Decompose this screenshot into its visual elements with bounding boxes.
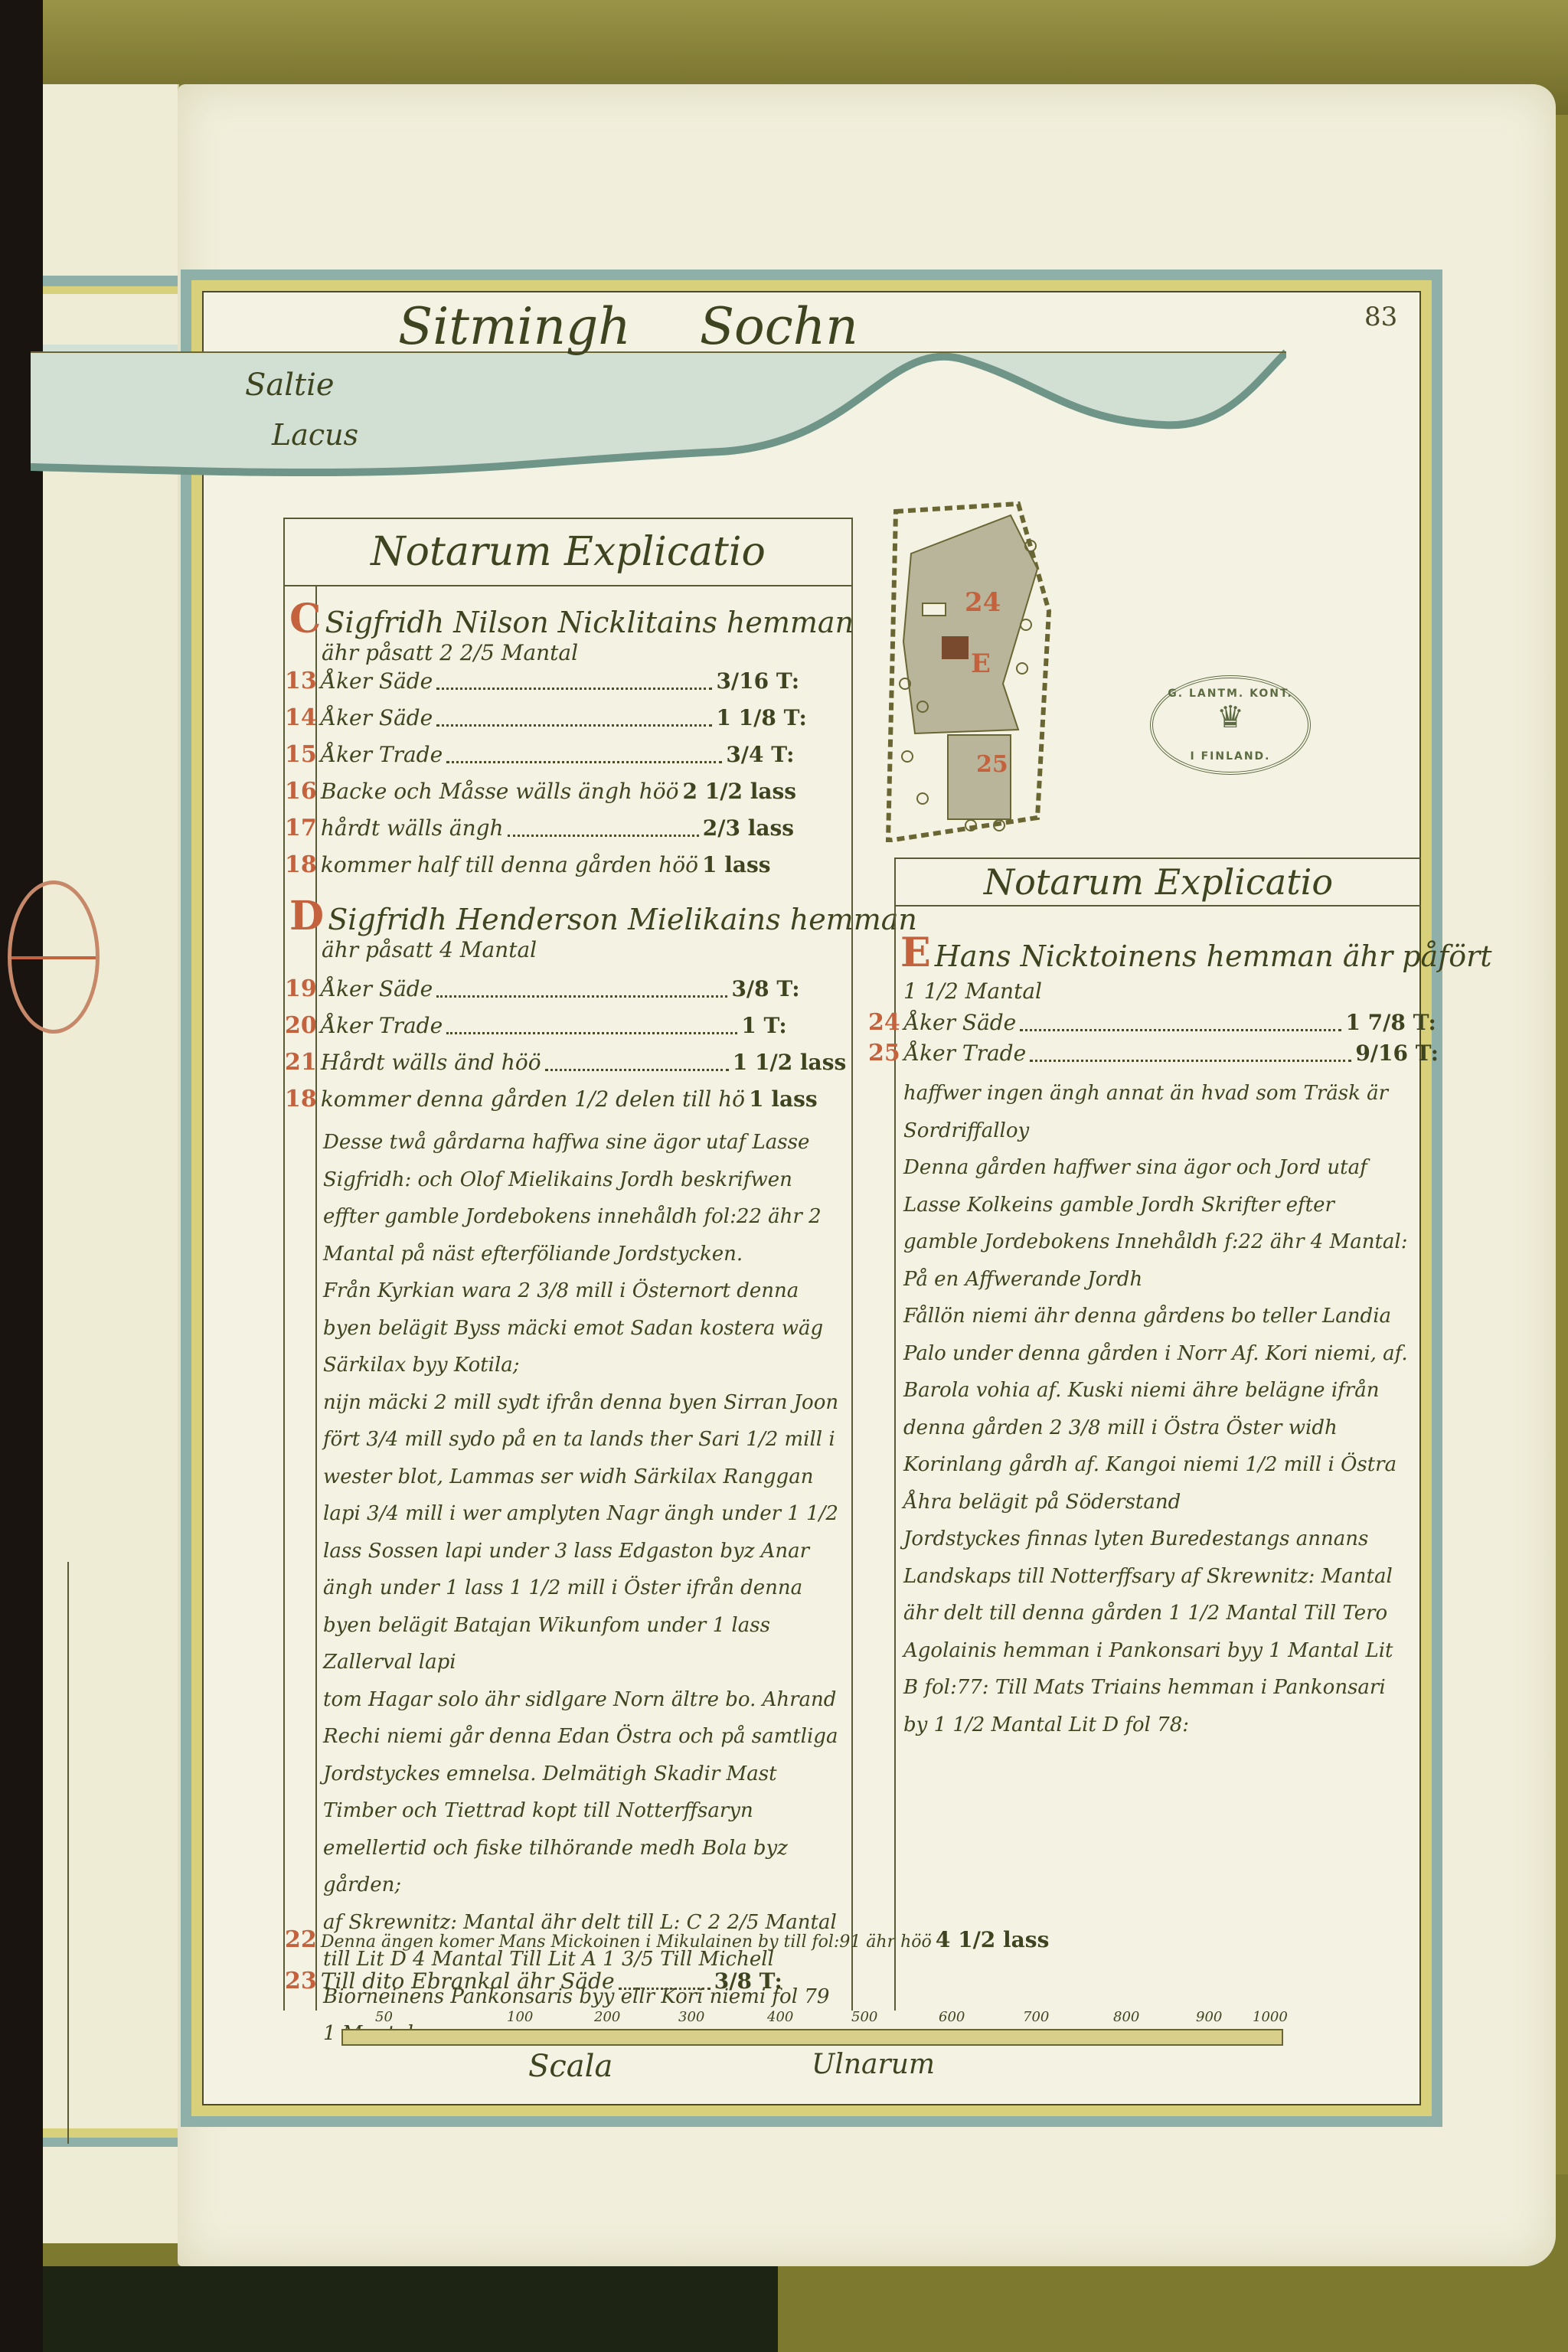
row-value: 1 T:	[741, 1013, 786, 1038]
row-number: 13	[285, 668, 317, 694]
archive-stamp: G. LANTM. KONT. ♛ I FINLAND.	[1150, 675, 1311, 775]
section-letter: C	[289, 596, 321, 642]
lake-label-line-1: Saltie	[245, 367, 335, 403]
row-value: 3/16 T:	[716, 668, 799, 694]
scale-caption-word-1: Scala	[528, 2049, 612, 2084]
paragraph: Jordstyckes finnas lyten Buredestangs an…	[903, 1521, 1409, 1743]
lake-water-band	[31, 337, 1286, 482]
scale-bar-graphic	[341, 2029, 1283, 2046]
row-text: Backe och Måsse wälls ängh höö	[321, 779, 679, 804]
scale-tick: 600	[939, 2009, 965, 2025]
row-number: 23	[285, 1968, 317, 1994]
left-table-header: Notarum Explicatio	[285, 519, 851, 586]
row-text: Åker Trade	[321, 742, 443, 767]
lake-label-line-2: Lacus	[272, 418, 358, 452]
row-number: 22	[285, 1926, 317, 1953]
scale-caption-word-2: Ulnarum	[812, 2049, 935, 2080]
table-row: 18 kommer denna gården 1/2 delen till hö…	[285, 1086, 818, 1112]
paragraph: Desse twå gårdarna haffwa sine ägor utaf…	[323, 1124, 844, 1272]
section-subtitle: ähr påsatt 2 2/5 Mantal	[322, 640, 578, 665]
row-text: Åker Trade	[321, 1013, 443, 1038]
row-text: hårdt wälls ängh	[321, 815, 504, 841]
row-number: 14	[285, 704, 317, 731]
table-row: 14 Åker Säde 1 1/8 T:	[285, 704, 851, 731]
compass-needle	[11, 956, 96, 959]
scale-tick: 100	[507, 2009, 533, 2025]
stamp-top-text: G. LANTM. KONT.	[1153, 688, 1308, 700]
scan-background-bottom-dark	[43, 2266, 778, 2352]
svg-text:E: E	[971, 648, 991, 679]
paragraph: Från Kyrkian wara 2 3/8 mill i Östernort…	[323, 1272, 844, 1384]
section-c-title-row: C Sigfridh Nilson Nicklitains hemman	[289, 596, 854, 642]
row-text: Åker Säde	[321, 668, 433, 694]
paragraph: nijn mäcki 2 mill sydt ifrån denna byen …	[323, 1384, 844, 1681]
row-text: Åker Säde	[321, 705, 433, 730]
row-value: 1 lass	[702, 852, 771, 877]
section-title: Sigfridh Henderson Mielikains hemman	[328, 903, 917, 936]
left-legend-table: Notarum Explicatio C Sigfridh Nilson Nic…	[283, 518, 853, 2011]
svg-text:25: 25	[976, 751, 1008, 778]
scale-bar: 50 100 200 300 400 500 600 700 800 900 1…	[341, 2012, 1283, 2044]
row-number: 21	[285, 1049, 317, 1076]
row-number: 20	[285, 1012, 317, 1039]
section-title: Hans Nicktoinens hemman ähr påfört	[935, 939, 1492, 973]
row-value: 2/3 lass	[703, 815, 794, 841]
row-value: 2 1/2 lass	[683, 779, 796, 804]
right-paragraphs: haffwer ingen ängh annat än hvad som Trä…	[903, 1075, 1409, 1743]
row-number: 18	[285, 851, 317, 878]
parish-title: SitminghSochn	[398, 297, 927, 356]
parish-title-word-2: Sochn	[700, 297, 858, 356]
row-number: 18	[285, 1086, 317, 1112]
table-row: 23 Till dito Ebrankal ähr Säde 3/8 T:	[285, 1968, 782, 1994]
row-text: Denna ängen komer Mans Mickoinen i Mikul…	[321, 1932, 932, 1952]
double-eagle-icon: ♛	[1153, 700, 1308, 735]
row-text: kommer denna gården 1/2 delen till hö	[321, 1086, 745, 1112]
row-number: 16	[285, 778, 317, 805]
row-text: Åker Trade	[904, 1040, 1026, 1066]
scale-tick: 50	[375, 2009, 393, 2025]
table-row: 24 Åker Säde 1 7/8 T:	[868, 1009, 1436, 1036]
left-paragraphs: Desse twå gårdarna haffwa sine ägor utaf…	[323, 1124, 844, 2053]
page-number: 83	[1364, 302, 1397, 332]
row-number: 25	[868, 1040, 900, 1067]
table-row: 13 Åker Säde 3/16 T:	[285, 668, 851, 694]
paragraph: tom Hagar solo ähr sidlgare Norn ältre b…	[323, 1681, 844, 1904]
section-letter: D	[289, 893, 324, 939]
scale-tick: 700	[1023, 2009, 1049, 2025]
row-text: Åker Säde	[321, 976, 433, 1001]
right-table-header: Notarum Explicatio	[896, 859, 1421, 906]
scale-tick: 800	[1113, 2009, 1139, 2025]
paragraph: Fållön niemi ähr denna gårdens bo teller…	[903, 1298, 1409, 1521]
scale-tick: 500	[851, 2009, 877, 2025]
section-letter: E	[900, 929, 931, 976]
row-number: 24	[868, 1009, 900, 1036]
scale-tick: 1000	[1253, 2009, 1288, 2025]
row-number: 19	[285, 975, 317, 1002]
table-row: 18 kommer half till denna gården höö 1 l…	[285, 851, 771, 878]
facing-frame-blue	[43, 276, 178, 286]
table-row: 20 Åker Trade 1 T:	[285, 1012, 787, 1039]
paragraph: Denna gården haffwer sina ägor och Jord …	[903, 1149, 1409, 1298]
stamp-bottom-text: I FINLAND.	[1153, 750, 1308, 763]
facing-table-edge	[43, 1562, 69, 2144]
scale-tick: 200	[594, 2009, 620, 2025]
row-value: 1 1/2 lass	[733, 1050, 846, 1075]
right-legend-table: Notarum Explicatio E Hans Nicktoinens he…	[894, 857, 1421, 2011]
scale-tick: 900	[1196, 2009, 1222, 2025]
row-value: 3/8 T:	[714, 1968, 782, 1994]
table-row: 17 hårdt wälls ängh 2/3 lass	[285, 815, 794, 841]
row-number: 15	[285, 741, 317, 768]
farmhouse-icon	[942, 636, 969, 659]
row-value: 9/16 T:	[1355, 1040, 1439, 1066]
table-row: 16 Backe och Måsse wälls ängh höö 2 1/2 …	[285, 778, 796, 805]
table-row: 15 Åker Trade 3/4 T:	[285, 741, 851, 768]
scale-tick: 300	[678, 2009, 704, 2025]
paragraph: af Skrewnitz: Mantal ähr delt till L: C …	[323, 1904, 844, 2016]
row-text: Hårdt wälls änd höö	[321, 1050, 541, 1075]
table-row: 19 Åker Säde 3/8 T:	[285, 975, 800, 1002]
row-text: Åker Säde	[904, 1010, 1016, 1035]
row-text: Till dito Ebrankal ähr Säde	[321, 1968, 615, 1994]
row-value: 3/8 T:	[731, 976, 799, 1001]
section-d-title-row: D Sigfridh Henderson Mielikains hemman	[289, 893, 917, 939]
section-e-title-row: E Hans Nicktoinens hemman ähr påfört	[900, 929, 1492, 976]
parish-title-word-1: Sitmingh	[398, 297, 631, 356]
facing-frame-yellow	[43, 286, 178, 294]
section-title: Sigfridh Nilson Nicklitains hemman	[325, 606, 854, 639]
row-number: 17	[285, 815, 317, 841]
row-value: 1 1/8 T:	[716, 705, 806, 730]
compass-rose-icon	[8, 880, 100, 1034]
paragraph: haffwer ingen ängh annat än hvad som Trä…	[903, 1075, 1409, 1149]
row-value: 3/4 T:	[726, 742, 794, 767]
table-row: 21 Hårdt wälls änd höö 1 1/2 lass	[285, 1049, 846, 1076]
row-value: 1 lass	[749, 1086, 818, 1112]
table-row: 25 Åker Trade 9/16 T:	[868, 1040, 1439, 1067]
row-value: 1 7/8 T:	[1345, 1010, 1436, 1035]
row-text: kommer half till denna gården höö	[321, 852, 698, 877]
section-subtitle: 1 1/2 Mantal	[903, 978, 1042, 1004]
scale-tick: 400	[767, 2009, 793, 2025]
inset-farm-map: 24 E 25	[880, 496, 1072, 842]
section-subtitle: ähr påsatt 4 Mantal	[322, 937, 537, 962]
svg-text:24: 24	[965, 587, 1001, 618]
